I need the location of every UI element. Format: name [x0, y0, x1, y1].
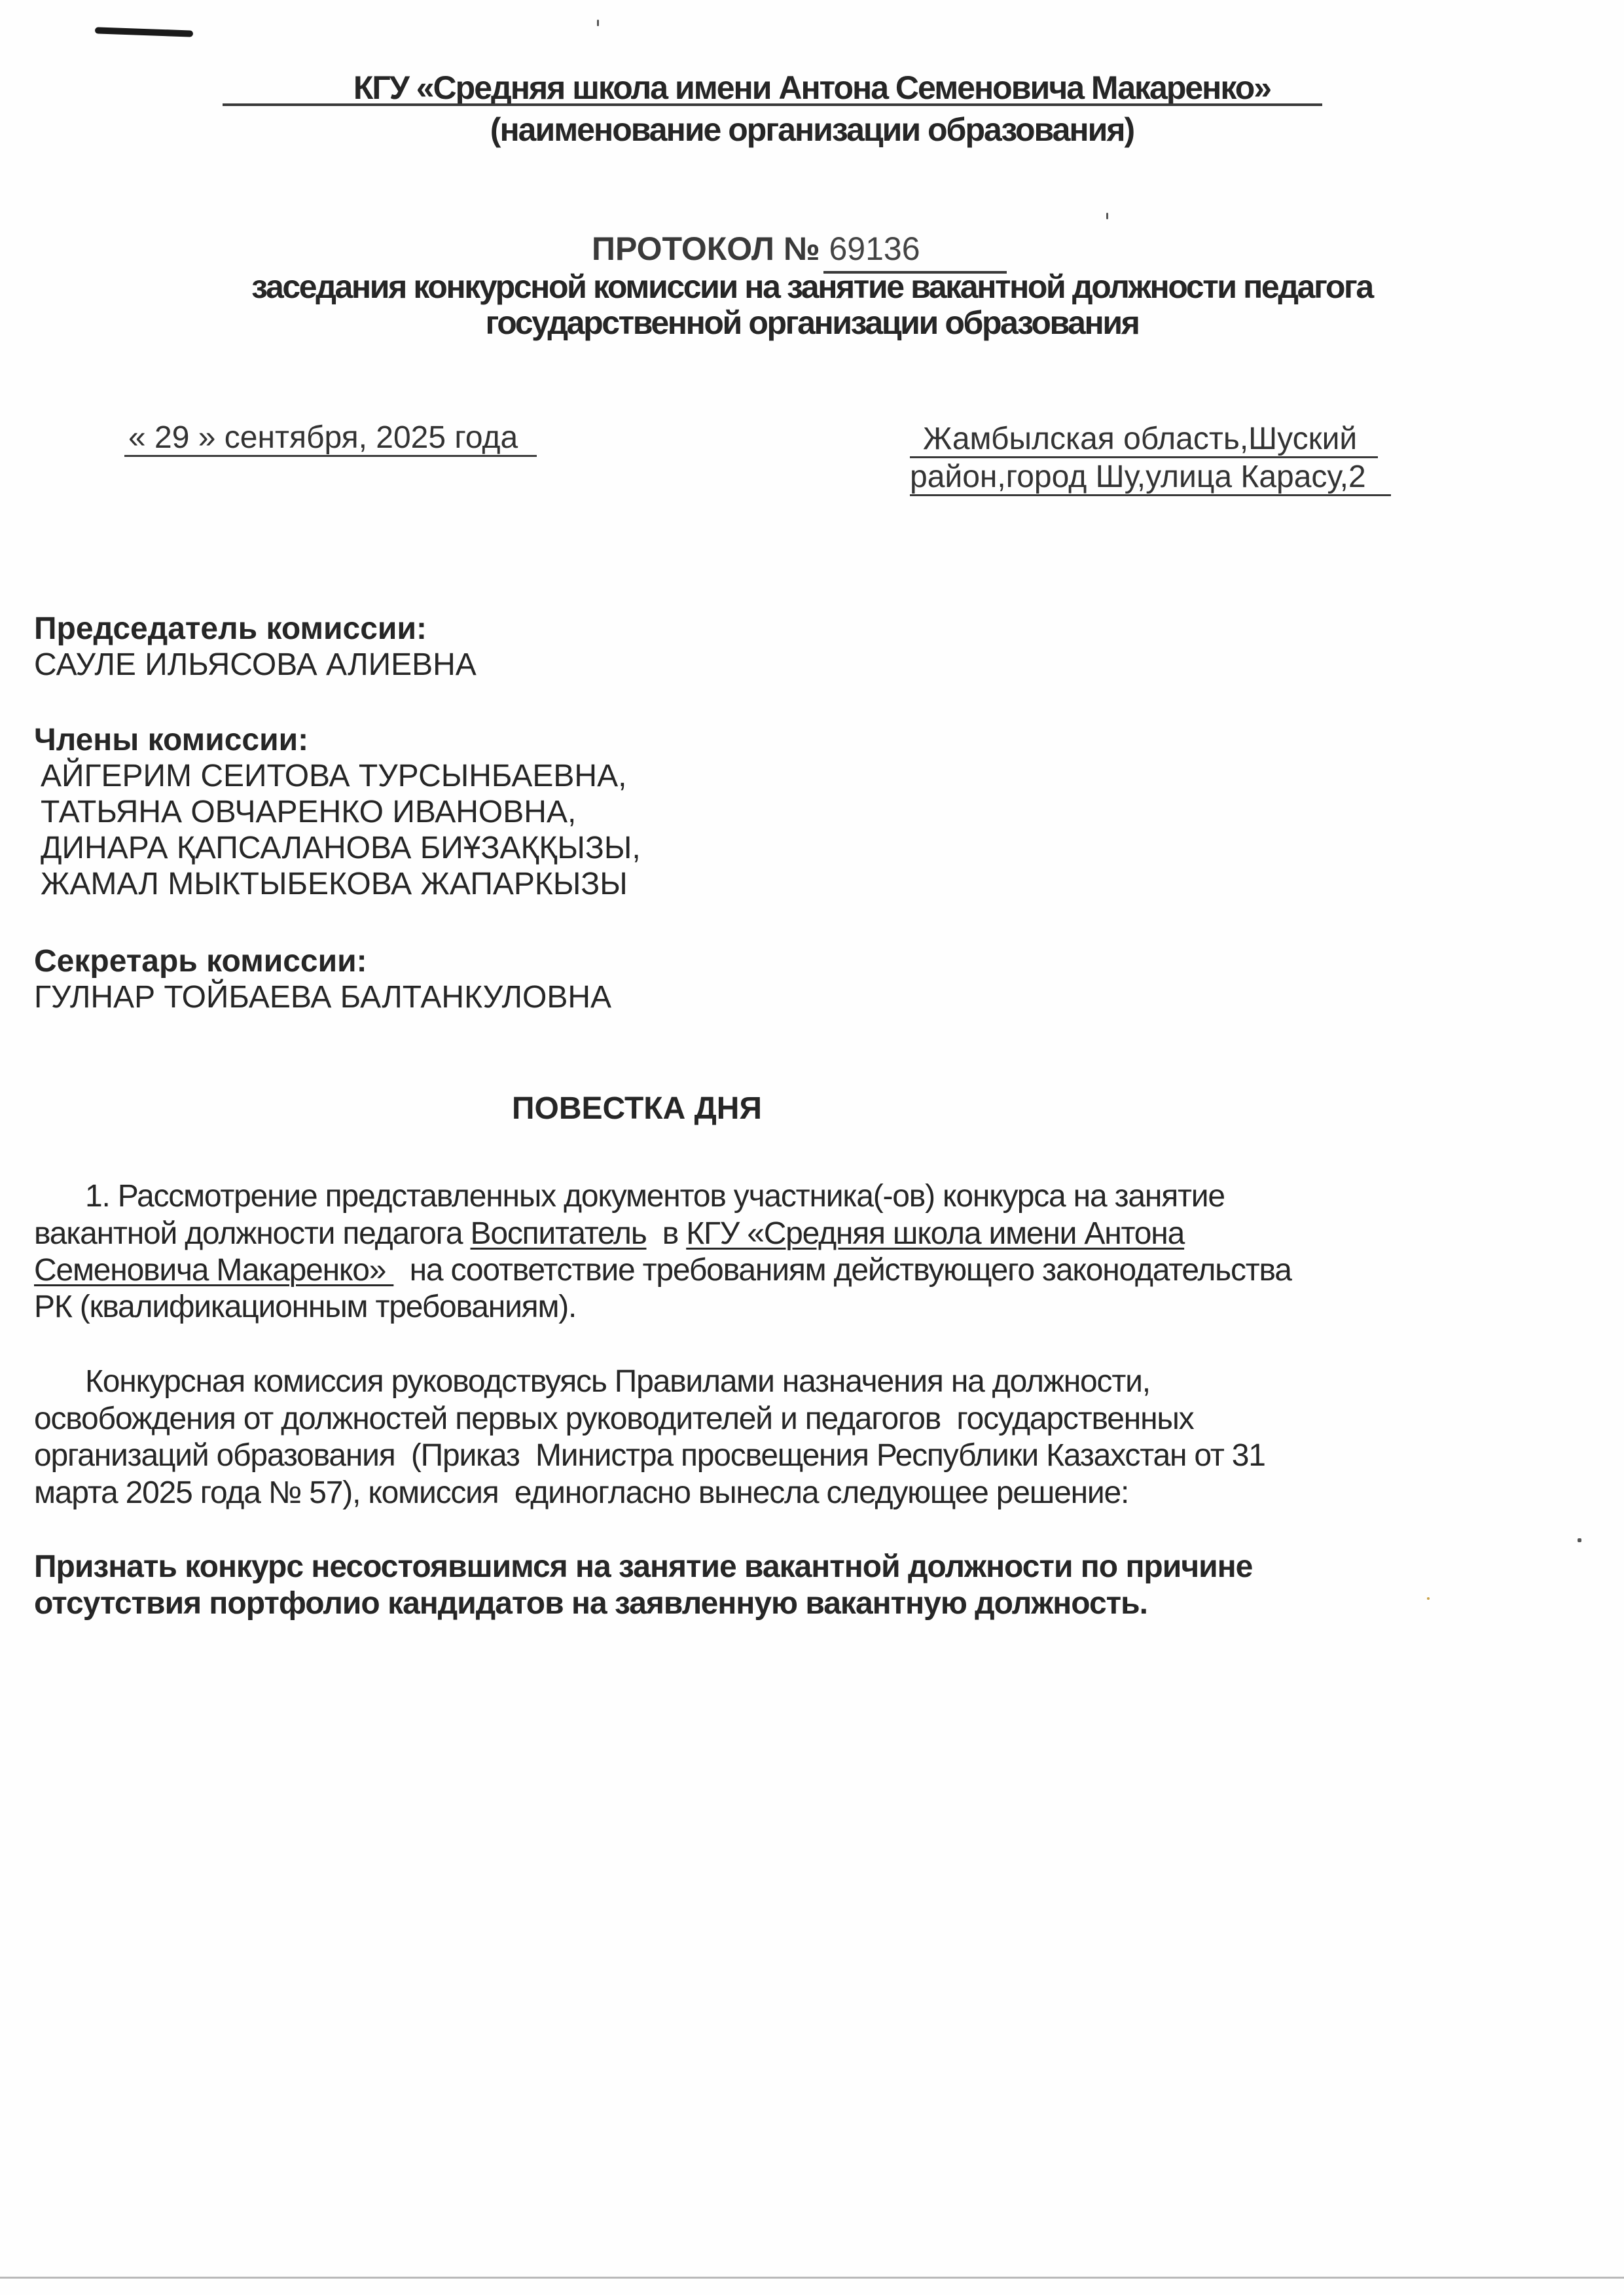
agenda-organization-part-2: Семеновича Макаренко» [34, 1253, 393, 1288]
scan-pen-mark [95, 27, 193, 37]
agenda-organization-part-1: КГУ «Средняя школа имени Антона [686, 1216, 1184, 1251]
protocol-number: 69136 [829, 230, 920, 267]
member-item: АЙГЕРИМ СЕИТОВА ТУРСЫНБАЕВНА, [41, 758, 626, 795]
agenda-item-1-line-4: РК (квалификационным требованиям). [34, 1289, 576, 1326]
agenda-item-1-line-2: вакантной должности педагога Воспитатель… [34, 1216, 1184, 1252]
protocol-title-line-2: государственной организации образования [0, 304, 1624, 341]
chair-name: САУЛЕ ИЛЬЯСОВА АЛИЕВНА [34, 647, 477, 683]
agenda-heading: ПОВЕСТКА ДНЯ [512, 1091, 762, 1127]
agenda-item-1-line-3: Семеновича Макаренко» на соответствие тр… [34, 1252, 1291, 1289]
meeting-location-line-1: Жамбылская область,Шуский [923, 421, 1357, 458]
agenda-text: вакантной должности педагога [34, 1216, 471, 1251]
scan-speck [1427, 1597, 1430, 1600]
organization-name-underline [223, 103, 1322, 106]
protocol-title-line-1: заседания конкурсной комиссии на занятие… [0, 268, 1624, 305]
member-item: ДИНАРА ҚАПСАЛАНОВА БИҰЗАҚҚЫЗЫ, [41, 830, 641, 867]
scan-speck [597, 20, 599, 26]
vacancy-position: Воспитатель [471, 1216, 647, 1251]
secretary-name: ГУЛНАР ТОЙБАЕВА БАЛТАНКУЛОВНА [34, 979, 611, 1016]
member-item: ЖАМАЛ МЫКТЫБЕКОВА ЖАПАРКЫЗЫ [41, 866, 628, 903]
chair-label: Председатель комиссии: [34, 611, 427, 647]
scan-speck [1578, 1538, 1581, 1542]
secretary-label: Секретарь комиссии: [34, 943, 367, 980]
meeting-location-line-2: район,город Шу,улица Карасу,2 [910, 459, 1366, 496]
resolution-basis-line: марта 2025 года № 57), комиссия единогла… [34, 1475, 1128, 1511]
scan-bottom-edge [0, 2277, 1624, 2279]
protocol-heading: ПРОТОКОЛ № 69136 [592, 230, 920, 267]
organization-caption: (наименование организации образования) [0, 111, 1624, 148]
decision-line: отсутствия портфолио кандидатов на заявл… [34, 1585, 1147, 1622]
protocol-label: ПРОТОКОЛ № [592, 230, 820, 267]
meeting-date: « 29 » сентября, 2025 года [128, 420, 518, 456]
agenda-text: в [647, 1216, 687, 1251]
scanned-document-page: КГУ «Средняя школа имени Антона Семенови… [0, 0, 1624, 2295]
resolution-basis-line: организаций образования (Приказ Министра… [34, 1437, 1265, 1474]
meeting-date-underline [124, 455, 537, 457]
decision-line: Признать конкурс несостоявшимся на занят… [34, 1549, 1252, 1585]
member-item: ТАТЬЯНА ОВЧАРЕНКО ИВАНОВНА, [41, 794, 576, 831]
agenda-text: на соответствие требованиям действующего… [393, 1253, 1291, 1288]
organization-name: КГУ «Средняя школа имени Антона Семенови… [0, 69, 1624, 106]
agenda-item-1-line-1: 1. Рассмотрение представленных документо… [85, 1178, 1225, 1215]
meeting-location-underline-1 [910, 456, 1378, 458]
resolution-basis-line: Конкурсная комиссия руководствуясь Прави… [85, 1364, 1150, 1400]
scan-speck [1106, 213, 1108, 219]
meeting-location-underline-2 [910, 494, 1391, 496]
members-label: Члены комиссии: [34, 722, 308, 759]
resolution-basis-line: освобождения от должностей первых руково… [34, 1401, 1193, 1437]
